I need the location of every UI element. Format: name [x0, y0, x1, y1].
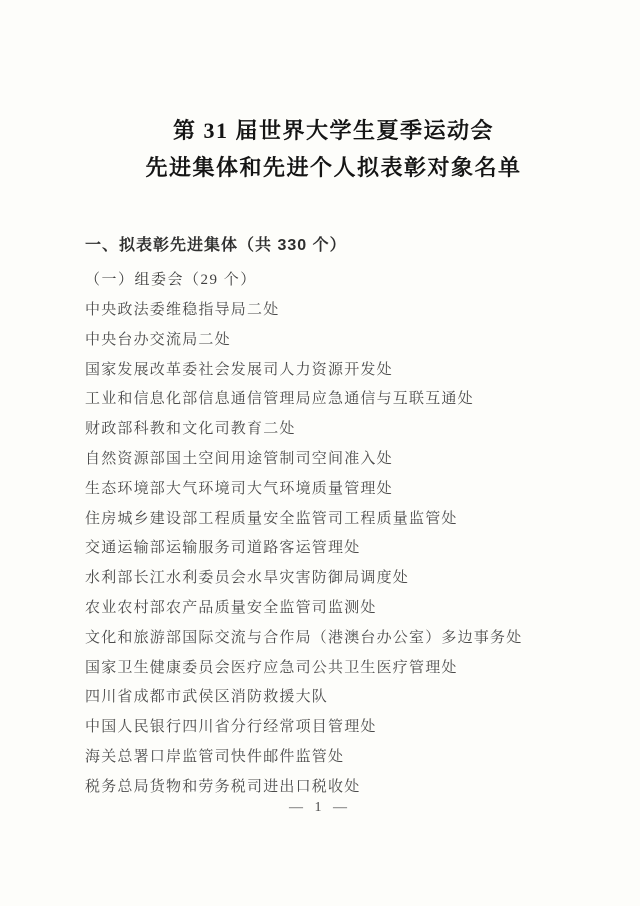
list-item: 财政部科教和文化司教育二处 — [85, 415, 582, 445]
list-item: 自然资源部国土空间用途管制司空间准入处 — [85, 445, 582, 475]
list-item: 文化和旅游部国际交流与合作局（港澳台办公室）多边事务处 — [85, 624, 582, 654]
list-item: 住房城乡建设部工程质量安全监管司工程质量监管处 — [85, 505, 582, 535]
list-item: 税务总局货物和劳务税司进出口税收处 — [85, 773, 582, 803]
document-page: 第 31 届世界大学生夏季运动会 先进集体和先进个人拟表彰对象名单 一、拟表彰先… — [0, 0, 640, 906]
page-number: — 1 — — [0, 800, 640, 816]
list-item: 中央台办交流局二处 — [85, 326, 582, 356]
list-item: 中国人民银行四川省分行经常项目管理处 — [85, 713, 582, 743]
org-list: 中央政法委维稳指导局二处中央台办交流局二处国家发展改革委社会发展司人力资源开发处… — [85, 296, 582, 803]
title-line-2: 先进集体和先进个人拟表彰对象名单 — [60, 149, 607, 186]
section-heading: 一、拟表彰先进集体（共 330 个） — [85, 232, 582, 255]
list-item: 中央政法委维稳指导局二处 — [85, 296, 582, 326]
subsection-heading: （一）组委会（29 个） — [85, 268, 582, 289]
list-item: 国家发展改革委社会发展司人力资源开发处 — [85, 356, 582, 386]
document-title: 第 31 届世界大学生夏季运动会 先进集体和先进个人拟表彰对象名单 — [60, 112, 607, 186]
list-item: 农业农村部农产品质量安全监管司监测处 — [85, 594, 582, 624]
list-item: 水利部长江水利委员会水旱灾害防御局调度处 — [85, 564, 582, 594]
list-item: 工业和信息化部信息通信管理局应急通信与互联互通处 — [85, 385, 582, 415]
title-line-1: 第 31 届世界大学生夏季运动会 — [60, 112, 607, 149]
list-item: 交通运输部运输服务司道路客运管理处 — [85, 534, 582, 564]
list-item: 海关总署口岸监管司快件邮件监管处 — [85, 743, 582, 773]
list-item: 四川省成都市武侯区消防救援大队 — [85, 683, 582, 713]
list-item: 生态环境部大气环境司大气环境质量管理处 — [85, 475, 582, 505]
list-item: 国家卫生健康委员会医疗应急司公共卫生医疗管理处 — [85, 654, 582, 684]
